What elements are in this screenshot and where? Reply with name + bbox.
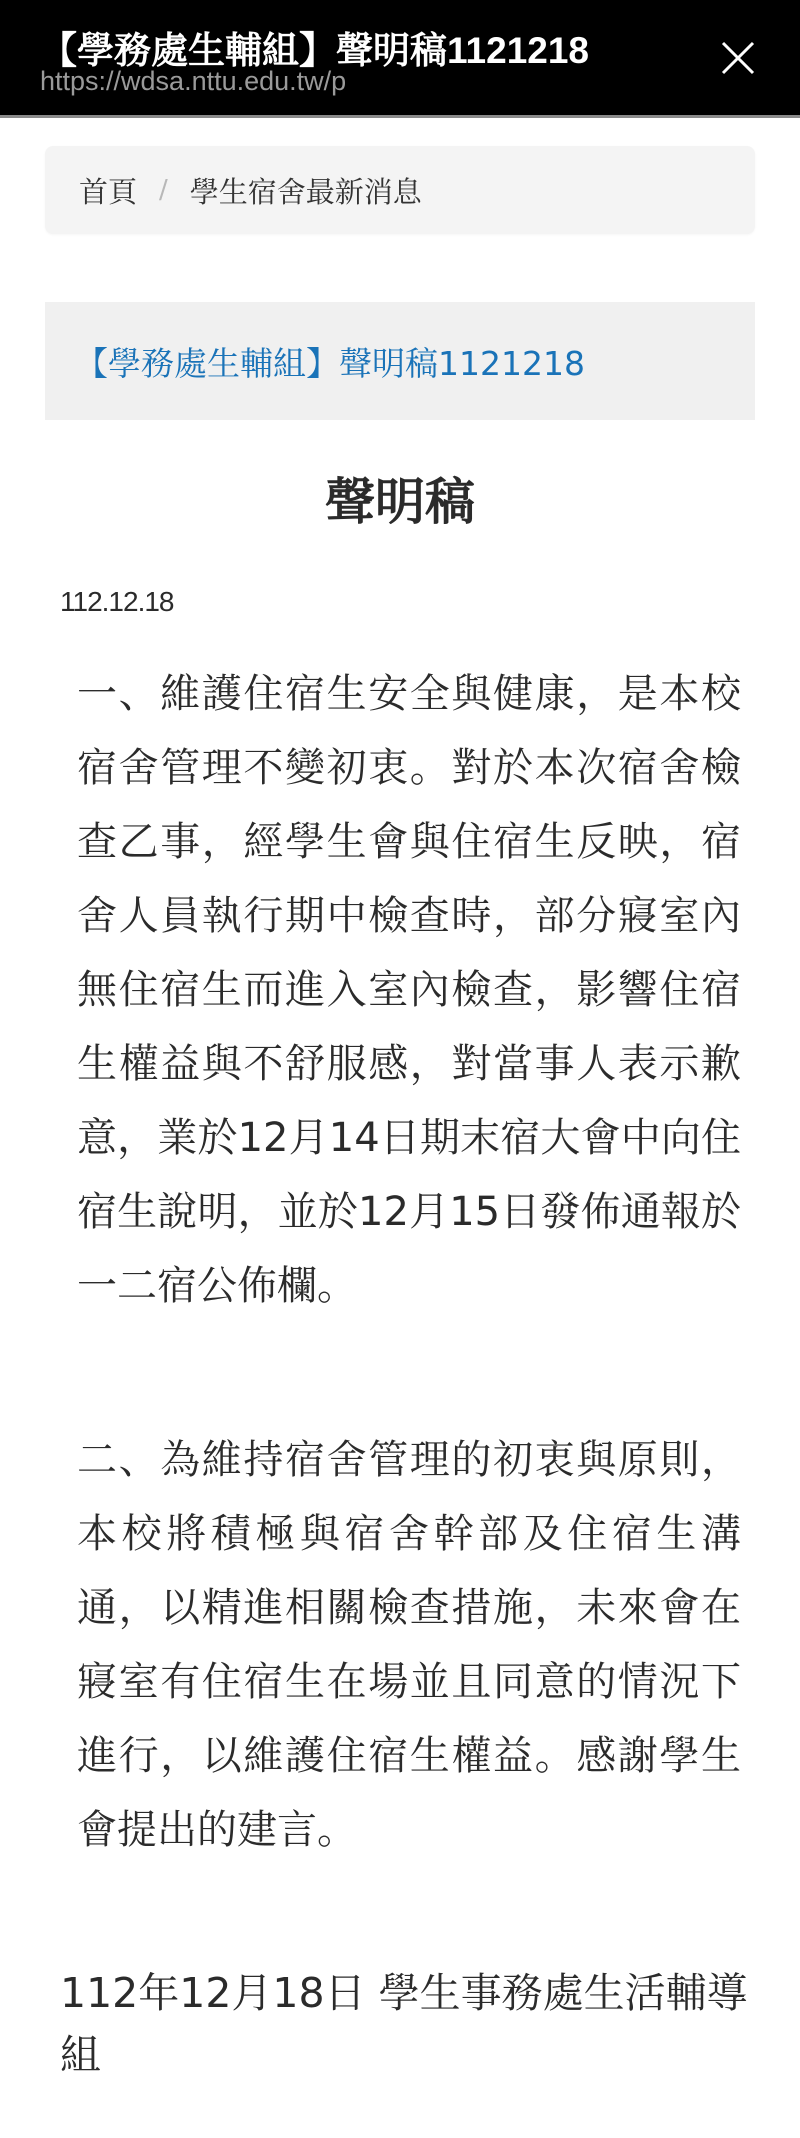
news-title-box: 【學務處生輔組】聲明稿1121218 [45, 302, 755, 420]
browser-top-bar: 【學務處生輔組】聲明稿1121218 https://wdsa.nttu.edu… [0, 0, 800, 118]
document-heading: 聲明稿 [0, 462, 800, 534]
signature: 112年12月18日 學生事務處生活輔導組 [60, 1962, 750, 2086]
breadcrumb-dorm-news-link[interactable]: 學生宿舍最新消息 [190, 170, 422, 211]
breadcrumb: 首頁 / 學生宿舍最新消息 [45, 146, 755, 234]
document-date: 112.12.18 [60, 586, 174, 618]
breadcrumb-separator: / [159, 175, 168, 205]
close-icon [720, 40, 756, 76]
paragraph-1: 一、維護住宿生安全與健康，是本校宿舍管理不變初衷。對於本次宿舍檢查乙事，經學生會… [77, 657, 741, 1323]
breadcrumb-home-link[interactable]: 首頁 [79, 170, 137, 211]
news-title-link[interactable]: 【學務處生輔組】聲明稿1121218 [75, 338, 585, 385]
url-text[interactable]: https://wdsa.nttu.edu.tw/p [40, 66, 346, 97]
close-button[interactable] [714, 34, 762, 82]
paragraph-2: 二、為維持宿舍管理的初衷與原則，本校將積極與宿舍幹部及住宿生溝通，以精進相關檢查… [77, 1423, 741, 1867]
